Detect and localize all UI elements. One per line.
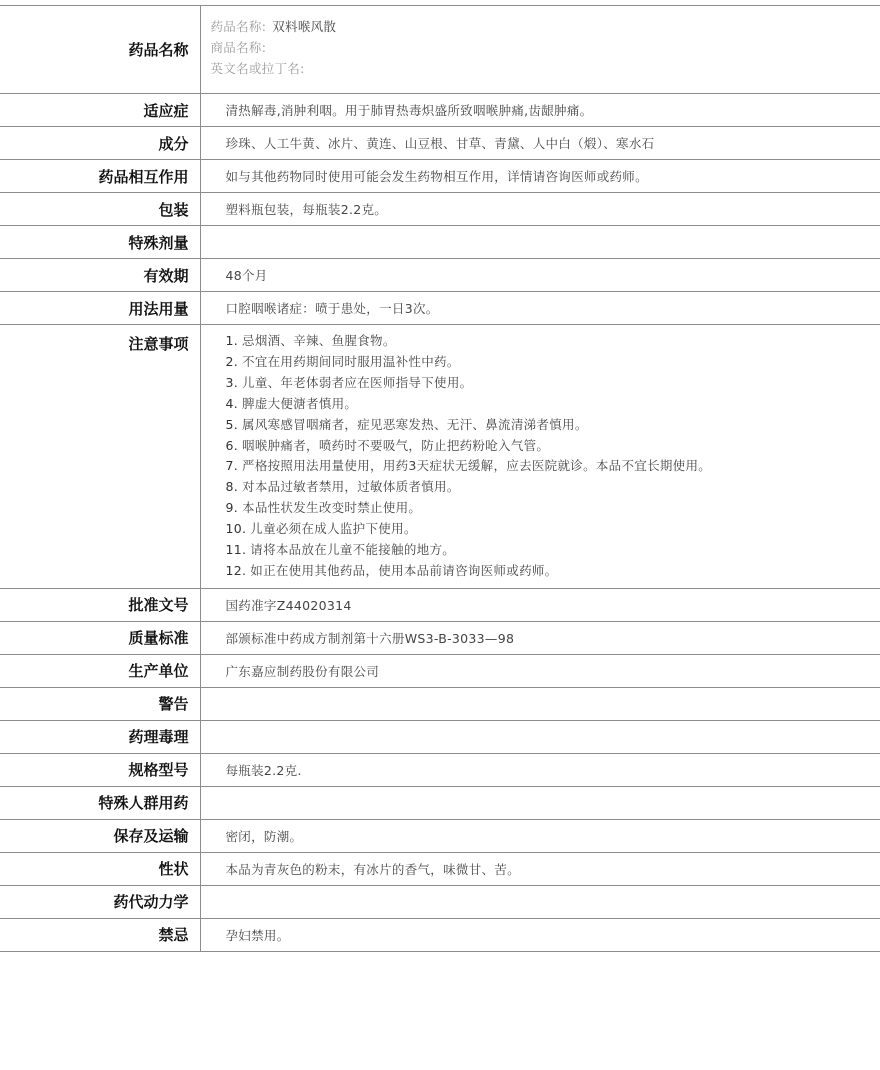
spec-row-specification: 规格型号 每瓶装2.2克. [0, 753, 880, 786]
generic-name-key: 药品名称: [211, 19, 267, 34]
spec-row-approval-number: 批准文号 国药准字Z44020314 [0, 588, 880, 621]
english-name-line: 英文名或拉丁名: [211, 58, 880, 79]
drug-name-values: 药品名称:双料喉风散 商品名称: 英文名或拉丁名: [200, 6, 880, 94]
spec-row-drug-name: 药品名称 药品名称:双料喉风散 商品名称: 英文名或拉丁名: [0, 6, 880, 94]
spec-value: 清热解毒,消肿利咽。用于肺胃热毒炽盛所致咽喉肿痛,齿龈肿痛。 [200, 94, 880, 127]
list-item: 12.如正在使用其他药品，使用本品前请咨询医师或药师。 [226, 561, 880, 582]
list-item: 8.对本品过敏者禁用，过敏体质者慎用。 [226, 477, 880, 498]
generic-name-line: 药品名称:双料喉风散 [211, 16, 880, 37]
list-item: 4.脾虚大便溏者慎用。 [226, 394, 880, 415]
spec-value: 48个月 [200, 259, 880, 292]
spec-label: 包装 [0, 193, 200, 226]
spec-value [200, 687, 880, 720]
spec-row-dosage: 用法用量 口腔咽喉诸症：喷于患处，一日3次。 [0, 292, 880, 325]
spec-label: 特殊人群用药 [0, 786, 200, 819]
list-item: 7.严格按照用法用量使用，用药3天症状无缓解，应去医院就诊。本品不宜长期使用。 [226, 456, 880, 477]
spec-label: 药理毒理 [0, 720, 200, 753]
spec-row-precautions: 注意事项 1.忌烟酒、辛辣、鱼腥食物。 2.不宜在用药期间同时服用温补性中药。 … [0, 325, 880, 589]
spec-value: 如与其他药物同时使用可能会发生药物相互作用，详情请咨询医师或药师。 [200, 160, 880, 193]
spec-value: 密闭，防潮。 [200, 819, 880, 852]
list-item: 11.请将本品放在儿童不能接触的地方。 [226, 540, 880, 561]
spec-row-shelf-life: 有效期 48个月 [0, 259, 880, 292]
spec-row-indications: 适应症 清热解毒,消肿利咽。用于肺胃热毒炽盛所致咽喉肿痛,齿龈肿痛。 [0, 94, 880, 127]
spec-label: 用法用量 [0, 292, 200, 325]
spec-row-description: 性状 本品为青灰色的粉末，有冰片的香气，味微甘、苦。 [0, 852, 880, 885]
spec-label: 规格型号 [0, 753, 200, 786]
spec-label: 药品相互作用 [0, 160, 200, 193]
spec-label: 成分 [0, 127, 200, 160]
spec-label: 特殊剂量 [0, 226, 200, 259]
english-name-key: 英文名或拉丁名: [211, 61, 305, 76]
list-item: 1.忌烟酒、辛辣、鱼腥食物。 [226, 331, 880, 352]
spec-value: 本品为青灰色的粉末，有冰片的香气，味微甘、苦。 [200, 852, 880, 885]
spec-label: 生产单位 [0, 654, 200, 687]
trade-name-line: 商品名称: [211, 37, 880, 58]
spec-value: 孕妇禁用。 [200, 918, 880, 951]
spec-label: 禁忌 [0, 918, 200, 951]
drug-spec-table: 药品名称 药品名称:双料喉风散 商品名称: 英文名或拉丁名: 适应症 清热解毒,… [0, 5, 880, 952]
spec-value: 部颁标准中药成方制剂第十六册WS3-B-3033—98 [200, 621, 880, 654]
spec-value [200, 720, 880, 753]
list-item: 6.咽喉肿痛者，喷药时不要吸气，防止把药粉呛入气管。 [226, 436, 880, 457]
spec-label: 警告 [0, 687, 200, 720]
spec-label: 批准文号 [0, 588, 200, 621]
spec-label: 药代动力学 [0, 885, 200, 918]
spec-row-warning: 警告 [0, 687, 880, 720]
spec-value [200, 226, 880, 259]
spec-label: 有效期 [0, 259, 200, 292]
spec-row-manufacturer: 生产单位 广东嘉应制药股份有限公司 [0, 654, 880, 687]
list-item: 5.属风寒感冒咽痛者，症见恶寒发热、无汗、鼻流清涕者慎用。 [226, 415, 880, 436]
spec-row-quality-standard: 质量标准 部颁标准中药成方制剂第十六册WS3-B-3033—98 [0, 621, 880, 654]
spec-label: 适应症 [0, 94, 200, 127]
list-item: 2.不宜在用药期间同时服用温补性中药。 [226, 352, 880, 373]
precautions-list-cell: 1.忌烟酒、辛辣、鱼腥食物。 2.不宜在用药期间同时服用温补性中药。 3.儿童、… [200, 325, 880, 589]
spec-label: 质量标准 [0, 621, 200, 654]
spec-row-pharmacokinetics: 药代动力学 [0, 885, 880, 918]
spec-value [200, 885, 880, 918]
spec-value: 口腔咽喉诸症：喷于患处，一日3次。 [200, 292, 880, 325]
list-item: 10.儿童必须在成人监护下使用。 [226, 519, 880, 540]
spec-value: 广东嘉应制药股份有限公司 [200, 654, 880, 687]
spec-label: 注意事项 [0, 325, 200, 589]
list-item: 3.儿童、年老体弱者应在医师指导下使用。 [226, 373, 880, 394]
generic-name-value: 双料喉风散 [272, 19, 336, 34]
spec-row-special-dosage: 特殊剂量 [0, 226, 880, 259]
spec-row-pharmacology: 药理毒理 [0, 720, 880, 753]
spec-value: 珍珠、人工牛黄、冰片、黄连、山豆根、甘草、青黛、人中白（煅）、寒水石 [200, 127, 880, 160]
spec-row-contraindications: 禁忌 孕妇禁用。 [0, 918, 880, 951]
spec-label: 性状 [0, 852, 200, 885]
spec-row-ingredients: 成分 珍珠、人工牛黄、冰片、黄连、山豆根、甘草、青黛、人中白（煅）、寒水石 [0, 127, 880, 160]
spec-value: 塑料瓶包装，每瓶装2.2克。 [200, 193, 880, 226]
spec-row-storage: 保存及运输 密闭，防潮。 [0, 819, 880, 852]
spec-row-special-populations: 特殊人群用药 [0, 786, 880, 819]
spec-label: 药品名称 [0, 6, 200, 94]
trade-name-key: 商品名称: [211, 40, 267, 55]
precautions-list: 1.忌烟酒、辛辣、鱼腥食物。 2.不宜在用药期间同时服用温补性中药。 3.儿童、… [226, 331, 880, 582]
spec-row-packaging: 包装 塑料瓶包装，每瓶装2.2克。 [0, 193, 880, 226]
spec-value: 每瓶装2.2克. [200, 753, 880, 786]
list-item: 9.本品性状发生改变时禁止使用。 [226, 498, 880, 519]
spec-value [200, 786, 880, 819]
spec-label: 保存及运输 [0, 819, 200, 852]
spec-value: 国药准字Z44020314 [200, 588, 880, 621]
spec-row-interactions: 药品相互作用 如与其他药物同时使用可能会发生药物相互作用，详情请咨询医师或药师。 [0, 160, 880, 193]
